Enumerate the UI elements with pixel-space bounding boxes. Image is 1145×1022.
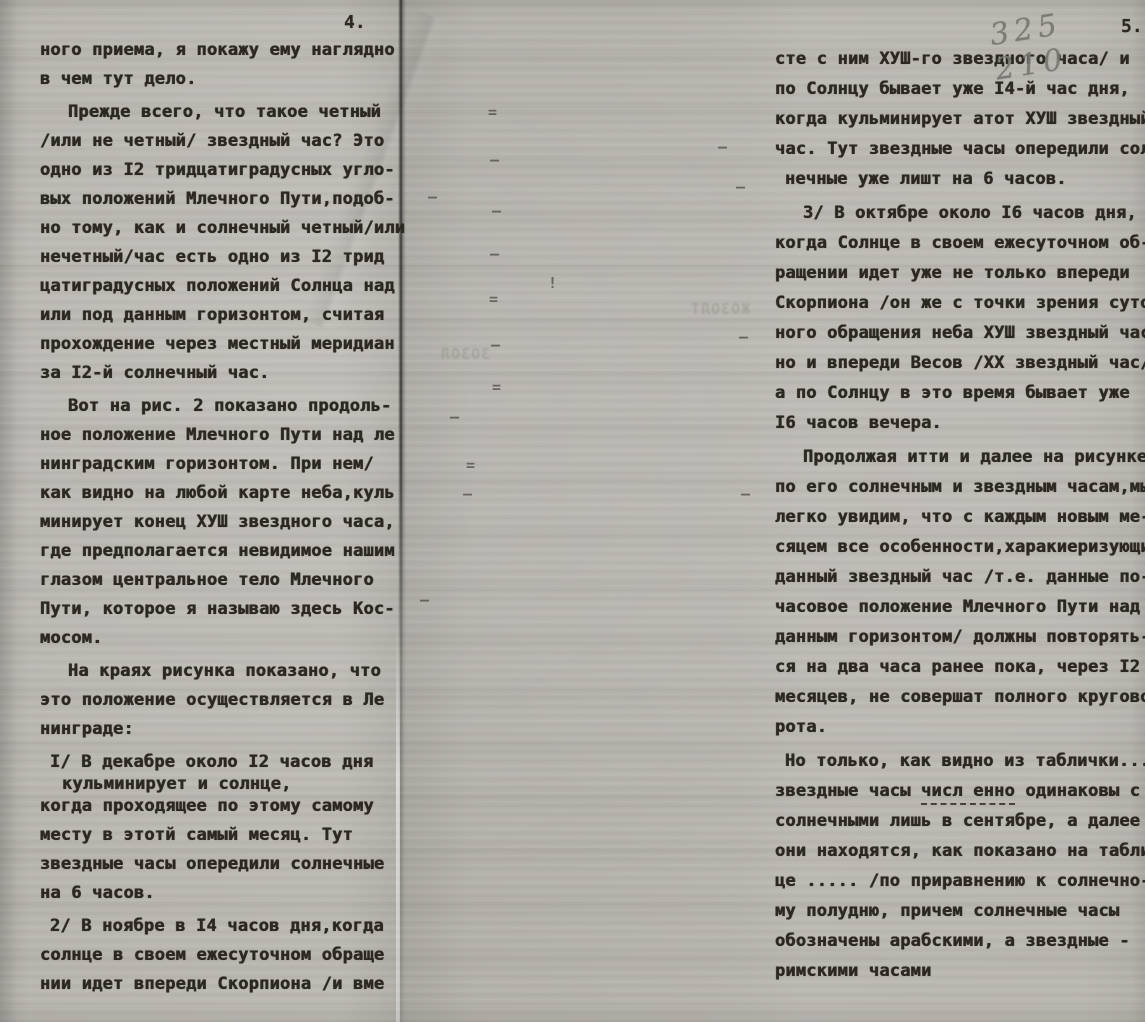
stray-mark: – <box>450 410 459 425</box>
text-line: где предполагается невидимое нашим <box>40 537 405 566</box>
right-page-text-column: сте с ним ХУШ-го звездного часа/ ипо Сол… <box>775 44 1145 986</box>
text-line: солнечными лишь в сентябре, а далее <box>775 806 1145 836</box>
text-line: прохождение через местный меридиан <box>40 330 405 359</box>
left-page-text-column: ного приема, я покажу ему нагляднов чем … <box>40 36 405 999</box>
text-line: Но только, как видно из таблички... <box>775 746 1145 776</box>
text-line: за I2-й солнечный час. <box>40 359 405 388</box>
text-line: ное положение Млечного Пути над ле <box>40 421 405 450</box>
text-line: 3/ В октябре около I6 часов дня, <box>775 198 1145 228</box>
text-line: месяцев, не совершат полного кругово <box>775 682 1145 712</box>
text-line: когда Солнце в своем ежесуточном об- <box>775 228 1145 258</box>
bleedthrough-ghost-text: ЖОЗОЛТ <box>690 300 750 318</box>
text-line: ного обращения неба ХУШ звездный час/ <box>775 318 1145 348</box>
text-line: Скорпиона /он же с точки зрения суто <box>775 288 1145 318</box>
text-line: одно из I2 тридцатиградусных угло- <box>40 156 405 185</box>
dashed-underlined-text: числ енно <box>921 781 1015 805</box>
text-line: на 6 часов. <box>40 879 405 908</box>
text-line: На краях рисунка показано, что <box>40 657 405 686</box>
text-line: когда проходящее по этому самому <box>40 792 405 821</box>
text-line: нечетный/час есть одно из I2 трид <box>40 243 405 272</box>
text-line: но и впереди Весов /ХХ звездный час/ <box>775 348 1145 378</box>
stray-mark: = <box>488 105 497 120</box>
text-line: но тому, как и солнечный четный/или <box>40 214 405 243</box>
text-line: в чем тут дело. <box>40 65 405 94</box>
text-line: рота. <box>775 712 1145 742</box>
text-line: час. Тут звездные часы опередили сол <box>775 134 1145 164</box>
text-line: нечные уже лишт на 6 часов. <box>775 164 1145 194</box>
stray-mark: – <box>718 140 727 155</box>
stray-mark: – <box>492 204 501 219</box>
text-line: звездные часы числ енно одинаковы с <box>775 776 1145 806</box>
stray-mark: – <box>428 190 437 205</box>
text-line: данный звездный час /т.е. данные по- <box>775 562 1145 592</box>
text-line: сяцем все особенности,харакиеризующие <box>775 532 1145 562</box>
page-number-left: 4. <box>344 12 366 33</box>
text-line: вых положений Млечного Пути,подоб- <box>40 185 405 214</box>
text-line: когда кульминирует атот ХУШ звездный <box>775 104 1145 134</box>
stray-mark: – <box>463 487 472 502</box>
text-line: Прежде всего, что такое четный <box>40 98 405 127</box>
scanned-typescript-spread: 4. 5. 325 210 ного приема, я покажу ему … <box>0 0 1145 1022</box>
text-line: це ..... /по приравнению к солнечно- <box>775 866 1145 896</box>
text-line: нинградским горизонтом. При нем/ <box>40 450 405 479</box>
text-line: I/ В декабре около I2 часов дня <box>40 748 405 777</box>
text-line: ращении идет уже не только впереди <box>775 258 1145 288</box>
stray-mark: – <box>736 180 745 195</box>
text-line: му полудню, причем солнечные часы <box>775 896 1145 926</box>
text-line: глазом центральное тело Млечного <box>40 566 405 595</box>
text-line: I6 часов вечера. <box>775 408 1145 438</box>
text-line: Вот на рис. 2 показано продоль- <box>40 392 405 421</box>
text-line: обозначены арабскими, а звездные - <box>775 926 1145 956</box>
text-line: а по Солнцу в это время бывает уже <box>775 378 1145 408</box>
text-line: кульминирует и солнце, <box>40 777 405 792</box>
stray-mark: – <box>490 153 499 168</box>
text-line: мосом. <box>40 624 405 653</box>
stray-mark: = <box>489 292 498 307</box>
text-line: 2/ В ноябре в I4 часов дня,когда <box>40 912 405 941</box>
text-line: месту в этотй самый месяц. Тут <box>40 821 405 850</box>
text-line: как видно на любой карте неба,куль <box>40 479 405 508</box>
text-line: они находятся, как показано на табли <box>775 836 1145 866</box>
stray-mark: = <box>466 458 475 473</box>
stray-mark: = <box>492 380 501 395</box>
stray-mark: ! <box>548 276 557 291</box>
bleedthrough-ghost-text: ЗОЗОЛ <box>440 345 490 363</box>
text-line: ся на два часа ранее пока, через I2 <box>775 652 1145 682</box>
stray-mark: – <box>490 247 499 262</box>
text-line: /или не четный/ звездный час? Это <box>40 127 405 156</box>
text-line: часовое положение Млечного Пути над <box>775 592 1145 622</box>
text-line: римскими часами <box>775 956 1145 986</box>
text-line: по его солнечным и звездным часам,мы <box>775 472 1145 502</box>
text-line: звездные часы опередили солнечные <box>40 850 405 879</box>
text-line: легко увидим, что с каждым новым ме- <box>775 502 1145 532</box>
text-line: Пути, которое я называю здесь Кос- <box>40 595 405 624</box>
text-line: данным горизонтом/ должны повторять- <box>775 622 1145 652</box>
stray-mark: – <box>741 487 750 502</box>
text-line: по Солнцу бывает уже I4-й час дня, <box>775 74 1145 104</box>
text-line: это положение осуществляется в Ле <box>40 686 405 715</box>
text-line: нинграде: <box>40 715 405 744</box>
text-line: цатиградусных положений Солнца над <box>40 272 405 301</box>
stray-mark: – <box>491 338 500 353</box>
text-segment: одинаковы с <box>1015 781 1140 801</box>
text-line: минирует конец ХУШ звездного часа, <box>40 508 405 537</box>
text-segment: звездные часы <box>775 781 921 801</box>
text-line: или под данным горизонтом, считая <box>40 301 405 330</box>
text-line: Продолжая итти и далее на рисунке <box>775 442 1145 472</box>
text-line: нии идет впереди Скорпиона /и вме <box>40 970 405 999</box>
stray-mark: – <box>739 330 748 345</box>
stray-mark: – <box>420 593 429 608</box>
text-line: солнце в своем ежесуточном обраще <box>40 941 405 970</box>
text-line: ного приема, я покажу ему наглядно <box>40 36 405 65</box>
